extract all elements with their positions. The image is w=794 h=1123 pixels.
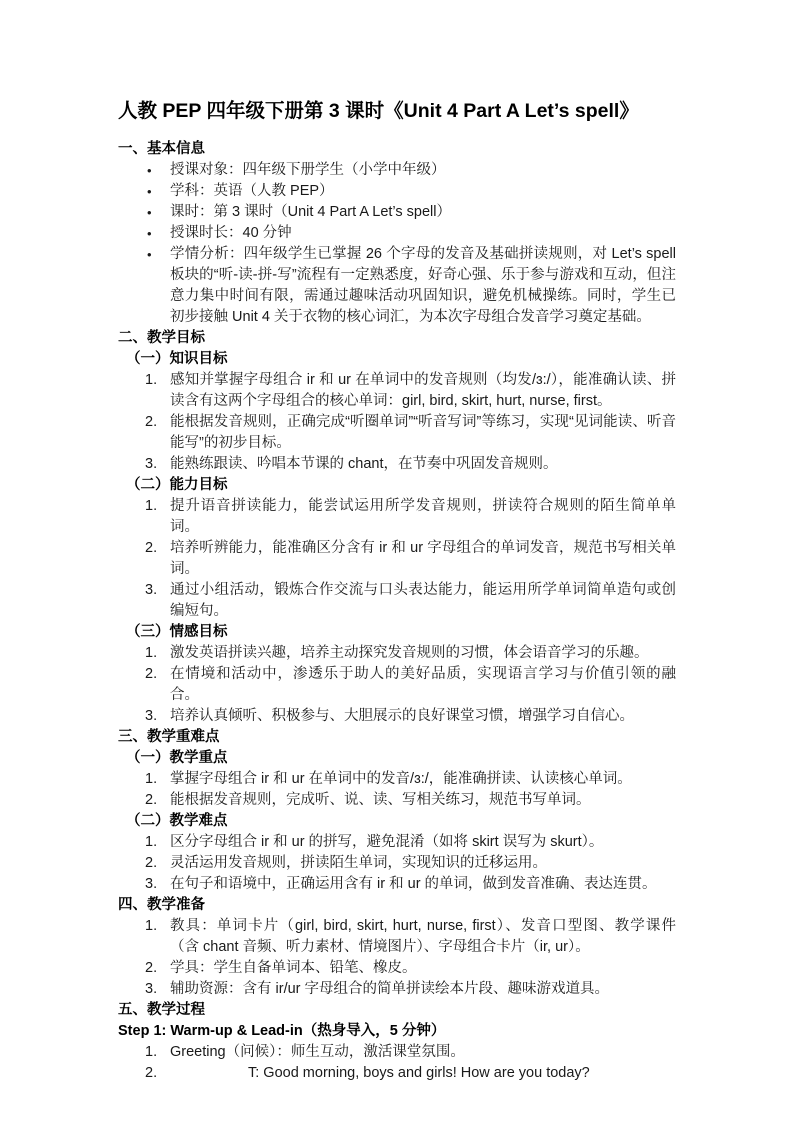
block-text: 提升语音拼读能力，能尝试运用所学发音规则，拼读符合规则的陌生简单单词。 xyxy=(170,498,676,535)
section-heading: 五、教学过程 xyxy=(118,1000,676,1021)
block-text: 激发英语拼读兴趣，培养主动探究发音规则的习惯，体会语音学习的乐趣。 xyxy=(170,645,649,661)
list-number: 1. xyxy=(145,769,169,790)
list-number: 2. xyxy=(145,853,169,874)
bullet-item: •学情分析：四年级学生已掌握 26 个字母的发音及基础拼读规则，对 Let’s … xyxy=(118,244,676,328)
numbered-item: 3.通过小组活动，锻炼合作交流与口头表达能力，能运用所学单词简单造句或创编短句。 xyxy=(118,580,676,622)
section-heading: 二、教学目标 xyxy=(118,328,676,349)
section-heading: 一、基本信息 xyxy=(118,139,676,160)
bullet-item: •授课对象：四年级下册学生（小学中年级） xyxy=(118,160,676,181)
block-text: 能根据发音规则，正确完成“听圈单词”“听音写词”等练习，实现“见词能读、听音能写… xyxy=(170,414,676,451)
numbered-item: 2.培养听辨能力，能准确区分含有 ir 和 ur 字母组合的单词发音，规范书写相… xyxy=(118,538,676,580)
bullet-marker: • xyxy=(147,244,171,265)
list-number: 3. xyxy=(145,874,169,895)
list-number: 1. xyxy=(145,916,169,937)
numbered-item: 1.Greeting（问候）：师生互动，激活课堂氛围。 xyxy=(118,1042,676,1063)
block-text: 学具：学生自备单词本、铅笔、橡皮。 xyxy=(170,960,417,976)
list-number: 1. xyxy=(145,832,169,853)
numbered-item: 3.在句子和语境中，正确运用含有 ir 和 ur 的单词，做到发音准确、表达连贯… xyxy=(118,874,676,895)
list-number: 3. xyxy=(145,979,169,1000)
block-text: 能熟练跟读、吟唱本节课的 chant，在节奏中巩固发音规则。 xyxy=(170,456,558,472)
numbered-item: 1.感知并掌握字母组合 ir 和 ur 在单词中的发音规则（均发/ɜ:/），能准… xyxy=(118,370,676,412)
block-text: 辅助资源：含有 ir/ur 字母组合的简单拼读绘本片段、趣味游戏道具。 xyxy=(170,981,609,997)
block-text: 授课时长：40 分钟 xyxy=(170,225,292,241)
section-heading: 四、教学准备 xyxy=(118,895,676,916)
document-page: 人教 PEP 四年级下册第 3 课时《Unit 4 Part A Let’s s… xyxy=(0,0,794,1123)
list-number: 1. xyxy=(145,1042,169,1063)
numbered-item-tabbed: 2.T: Good morning, boys and girls! How a… xyxy=(118,1063,676,1084)
sub-heading: （一）教学重点 xyxy=(118,748,676,769)
block-text: 通过小组活动，锻炼合作交流与口头表达能力，能运用所学单词简单造句或创编短句。 xyxy=(170,582,676,619)
document-title: 人教 PEP 四年级下册第 3 课时《Unit 4 Part A Let’s s… xyxy=(118,97,676,126)
sub-heading: （一）知识目标 xyxy=(118,349,676,370)
numbered-item: 2.能根据发音规则，完成听、说、读、写相关练习，规范书写单词。 xyxy=(118,790,676,811)
numbered-item: 1.教具：单词卡片（girl, bird, skirt, hurt, nurse… xyxy=(118,916,676,958)
block-text: 感知并掌握字母组合 ir 和 ur 在单词中的发音规则（均发/ɜ:/），能准确认… xyxy=(170,372,676,409)
numbered-item: 1.区分字母组合 ir 和 ur 的拼写，避免混淆（如将 skirt 误写为 s… xyxy=(118,832,676,853)
block-text: 在情境和活动中，渗透乐于助人的美好品质，实现语言学习与价值引领的融合。 xyxy=(170,666,676,703)
block-text: 灵活运用发音规则，拼读陌生单词，实现知识的迁移运用。 xyxy=(170,855,547,871)
list-number: 2. xyxy=(145,538,169,559)
block-text: 五、教学过程 xyxy=(118,1002,205,1018)
block-text: （一）知识目标 xyxy=(126,351,228,367)
numbered-item: 2.在情境和活动中，渗透乐于助人的美好品质，实现语言学习与价值引领的融合。 xyxy=(118,664,676,706)
numbered-item: 2.能根据发音规则，正确完成“听圈单词”“听音写词”等练习，实现“见词能读、听音… xyxy=(118,412,676,454)
bullet-marker: • xyxy=(147,223,171,244)
list-number: 3. xyxy=(145,706,169,727)
list-number: 1. xyxy=(145,496,169,517)
block-text: （二）能力目标 xyxy=(126,477,228,493)
sub-heading: （二）教学难点 xyxy=(118,811,676,832)
list-number: 2. xyxy=(145,664,169,685)
numbered-item: 2.灵活运用发音规则，拼读陌生单词，实现知识的迁移运用。 xyxy=(118,853,676,874)
block-text: 四、教学准备 xyxy=(118,897,205,913)
bullet-item: •学科：英语（人教 PEP） xyxy=(118,181,676,202)
block-text: T: Good morning, boys and girls! How are… xyxy=(248,1065,590,1081)
block-text: 一、基本信息 xyxy=(118,141,205,157)
bullet-marker: • xyxy=(147,202,171,223)
block-text: （三）情感目标 xyxy=(126,624,228,640)
block-text: 授课对象：四年级下册学生（小学中年级） xyxy=(170,162,446,178)
block-text: 教具：单词卡片（girl, bird, skirt, hurt, nurse, … xyxy=(170,918,676,955)
block-text: 课时：第 3 课时（Unit 4 Part A Let’s spell） xyxy=(170,204,451,220)
list-number: 2. xyxy=(145,412,169,433)
block-text: 能根据发音规则，完成听、说、读、写相关练习，规范书写单词。 xyxy=(170,792,591,808)
list-number: 1. xyxy=(145,370,169,391)
numbered-item: 3.培养认真倾听、积极参与、大胆展示的良好课堂习惯，增强学习自信心。 xyxy=(118,706,676,727)
document-body: 一、基本信息•授课对象：四年级下册学生（小学中年级）•学科：英语（人教 PEP）… xyxy=(118,139,676,1084)
block-text: 区分字母组合 ir 和 ur 的拼写，避免混淆（如将 skirt 误写为 sku… xyxy=(170,834,603,850)
numbered-item: 1.掌握字母组合 ir 和 ur 在单词中的发音/ɜ:/，能准确拼读、认读核心单… xyxy=(118,769,676,790)
list-number: 2. xyxy=(145,958,169,979)
bullet-marker: • xyxy=(147,160,171,181)
block-text: 三、教学重难点 xyxy=(118,729,220,745)
block-text: 培养听辨能力，能准确区分含有 ir 和 ur 字母组合的单词发音，规范书写相关单… xyxy=(170,540,676,577)
block-text: Step 1: Warm-up & Lead-in（热身导入，5 分钟） xyxy=(118,1023,445,1039)
list-number: 2. xyxy=(145,790,169,811)
bullet-item: •授课时长：40 分钟 xyxy=(118,223,676,244)
list-number: 3. xyxy=(145,454,169,475)
numbered-item: 2.学具：学生自备单词本、铅笔、橡皮。 xyxy=(118,958,676,979)
block-text: Greeting（问候）：师生互动，激活课堂氛围。 xyxy=(170,1044,465,1060)
list-number: 1. xyxy=(145,643,169,664)
block-text: （二）教学难点 xyxy=(126,813,228,829)
block-text: 掌握字母组合 ir 和 ur 在单词中的发音/ɜ:/，能准确拼读、认读核心单词。 xyxy=(170,771,632,787)
block-text: 二、教学目标 xyxy=(118,330,205,346)
numbered-item: 1.提升语音拼读能力，能尝试运用所学发音规则，拼读符合规则的陌生简单单词。 xyxy=(118,496,676,538)
numbered-item: 1.激发英语拼读兴趣，培养主动探究发音规则的习惯，体会语音学习的乐趣。 xyxy=(118,643,676,664)
step-heading: Step 1: Warm-up & Lead-in（热身导入，5 分钟） xyxy=(118,1021,676,1042)
bullet-marker: • xyxy=(147,181,171,202)
section-heading: 三、教学重难点 xyxy=(118,727,676,748)
numbered-item: 3.辅助资源：含有 ir/ur 字母组合的简单拼读绘本片段、趣味游戏道具。 xyxy=(118,979,676,1000)
block-text: （一）教学重点 xyxy=(126,750,228,766)
block-text: 学科：英语（人教 PEP） xyxy=(170,183,334,199)
list-number: 3. xyxy=(145,580,169,601)
block-text: 在句子和语境中，正确运用含有 ir 和 ur 的单词，做到发音准确、表达连贯。 xyxy=(170,876,657,892)
list-number: 2. xyxy=(145,1063,169,1084)
block-text: 培养认真倾听、积极参与、大胆展示的良好课堂习惯，增强学习自信心。 xyxy=(170,708,634,724)
block-text: 学情分析：四年级学生已掌握 26 个字母的发音及基础拼读规则，对 Let’s s… xyxy=(170,246,676,325)
bullet-item: •课时：第 3 课时（Unit 4 Part A Let’s spell） xyxy=(118,202,676,223)
sub-heading: （二）能力目标 xyxy=(118,475,676,496)
numbered-item: 3.能熟练跟读、吟唱本节课的 chant，在节奏中巩固发音规则。 xyxy=(118,454,676,475)
sub-heading: （三）情感目标 xyxy=(118,622,676,643)
